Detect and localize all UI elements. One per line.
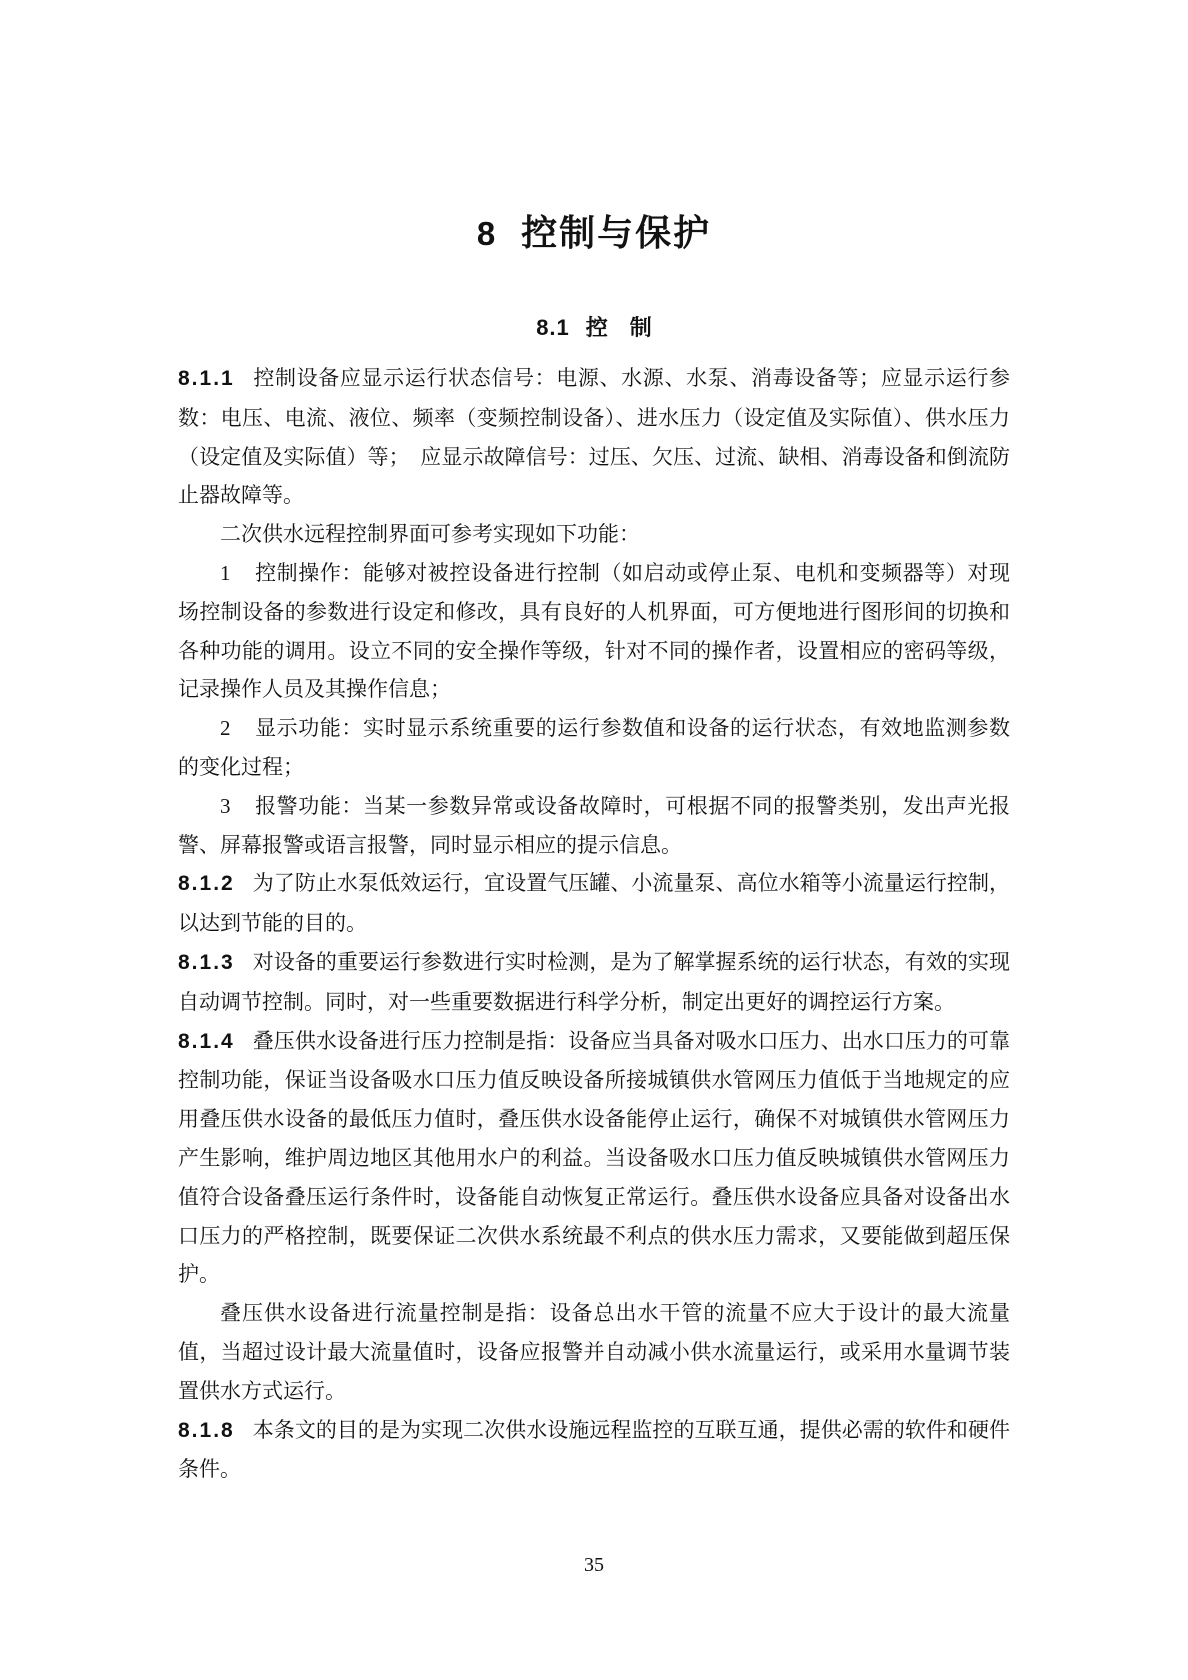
- body-paragraph: 二次供水远程控制界面可参考实现如下功能：: [178, 515, 1010, 554]
- chapter-heading: 8控制与保护: [178, 212, 1010, 255]
- clause-paragraph: 8.1.4叠压供水设备进行压力控制是指：设备应当具备对吸水口压力、出水口压力的可…: [178, 1022, 1010, 1295]
- list-item-paragraph: 3报警功能：当某一参数异常或设备故障时，可根据不同的报警类别，发出声光报警、屏幕…: [178, 787, 1010, 865]
- clause-number: 8.1.3: [178, 951, 235, 974]
- clause-number: 8.1.8: [178, 1419, 235, 1442]
- clause-paragraph: 8.1.2为了防止水泵低效运行，宜设置气压罐、小流量泵、高位水箱等小流量运行控制…: [178, 864, 1010, 943]
- section-title: 控 制: [586, 315, 652, 340]
- clause-number: 8.1.1: [178, 367, 235, 390]
- list-item-number: 3: [220, 794, 231, 818]
- section-number: 8.1: [536, 315, 570, 340]
- clause-paragraph: 8.1.1控制设备应显示运行状态信号：电源、水源、水泵、消毒设备等；应显示运行参…: [178, 359, 1010, 515]
- clause-paragraph: 8.1.8本条文的目的是为实现二次供水设施远程监控的互联互通，提供必需的软件和硬…: [178, 1411, 1010, 1490]
- list-item-paragraph: 2显示功能：实时显示系统重要的运行参数值和设备的运行状态，有效地监测参数的变化过…: [178, 709, 1010, 787]
- page-content: 8控制与保护 8.1控 制 8.1.1控制设备应显示运行状态信号：电源、水源、水…: [178, 0, 1010, 1489]
- list-item-paragraph: 1控制操作：能够对被控设备进行控制（如启动或停止泵、电机和变频器等）对现场控制设…: [178, 554, 1010, 709]
- chapter-number: 8: [477, 215, 495, 252]
- clause-paragraph: 8.1.3对设备的重要运行参数进行实时检测，是为了解掌握系统的运行状态，有效的实…: [178, 943, 1010, 1022]
- page-number: 35: [0, 1554, 1188, 1577]
- section-heading: 8.1控 制: [178, 315, 1010, 341]
- clause-number: 8.1.4: [178, 1030, 235, 1053]
- body-paragraph: 叠压供水设备进行流量控制是指：设备总出水干管的流量不应大于设计的最大流量值，当超…: [178, 1294, 1010, 1410]
- list-item-number: 2: [220, 716, 231, 740]
- chapter-title: 控制与保护: [521, 212, 711, 253]
- clause-number: 8.1.2: [178, 872, 235, 895]
- paragraph-list: 8.1.1控制设备应显示运行状态信号：电源、水源、水泵、消毒设备等；应显示运行参…: [178, 359, 1010, 1489]
- document-page: 8控制与保护 8.1控 制 8.1.1控制设备应显示运行状态信号：电源、水源、水…: [0, 0, 1188, 1680]
- list-item-number: 1: [220, 561, 231, 585]
